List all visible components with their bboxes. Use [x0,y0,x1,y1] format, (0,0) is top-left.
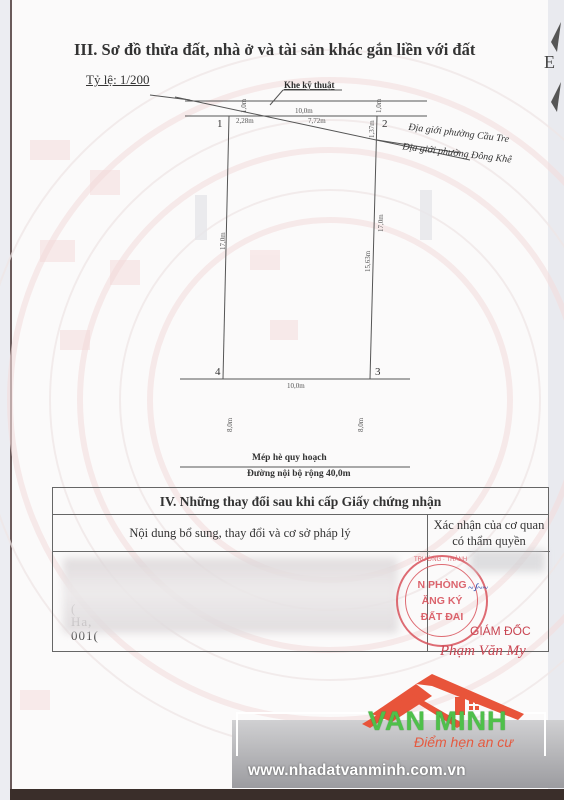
stamp-line-3: ĐẤT ĐAI [398,611,486,623]
corner-4: 4 [215,366,221,378]
stamp-line-2: ĂNG KÝ [398,595,486,607]
bottom-edge [10,789,564,800]
confirm-header-line1: Xác nhận của cơ quan [428,517,550,533]
dim-top-overall: 10,0m [295,107,313,115]
brand-name: VAN MINH [368,706,508,737]
dim-top-left-segment: 2,28m [236,117,254,125]
dim-road-right: 8,0m [357,418,365,432]
dim-gap-left: 1,0m [240,99,248,113]
redacted-signature-area [470,550,545,572]
dim-road-left: 8,0m [226,418,234,432]
dim-bottom: 10,0m [287,382,305,390]
corner-2: 2 [382,118,388,130]
signature-mark: ~ꭍ~~ [468,580,488,594]
column-content-header: Nội dung bổ sung, thay đổi và cơ sở pháp… [53,515,427,552]
website-url[interactable]: www.nhadatvanminh.com.vn [248,762,466,780]
dim-top-right-segment: 7,72m [308,117,326,125]
sidewalk-label: Mép hè quy hoạch [252,453,327,463]
road-label: Đường nội bộ rộng 40,0m [247,469,351,479]
dim-right-inner: 15,63m [364,251,372,272]
signer-title: GIÁM ĐỐC [470,624,531,638]
signer-name: Phạm Văn My [440,643,526,660]
dim-right-side: 17,0m [377,214,385,232]
corner-3: 3 [375,366,381,378]
edge-letter: E [544,52,555,73]
dim-right-upper: 1,37m [368,120,376,138]
brand-slogan: Điểm hẹn an cư [414,734,513,750]
column-confirm-header: Xác nhận của cơ quan có thẩm quyền [427,515,550,552]
section-4-title: IV. Những thay đổi sau khi cấp Giấy chứn… [53,488,548,515]
confirm-header-line2: có thẩm quyền [428,533,550,549]
dim-gap-right: 1,0m [375,99,383,113]
redacted-content [63,558,398,633]
dim-left-side: 17,0m [219,232,227,250]
corner-1: 1 [217,118,223,130]
stamp-ring-text: TRƯỜNG · THÀNH [414,557,467,563]
